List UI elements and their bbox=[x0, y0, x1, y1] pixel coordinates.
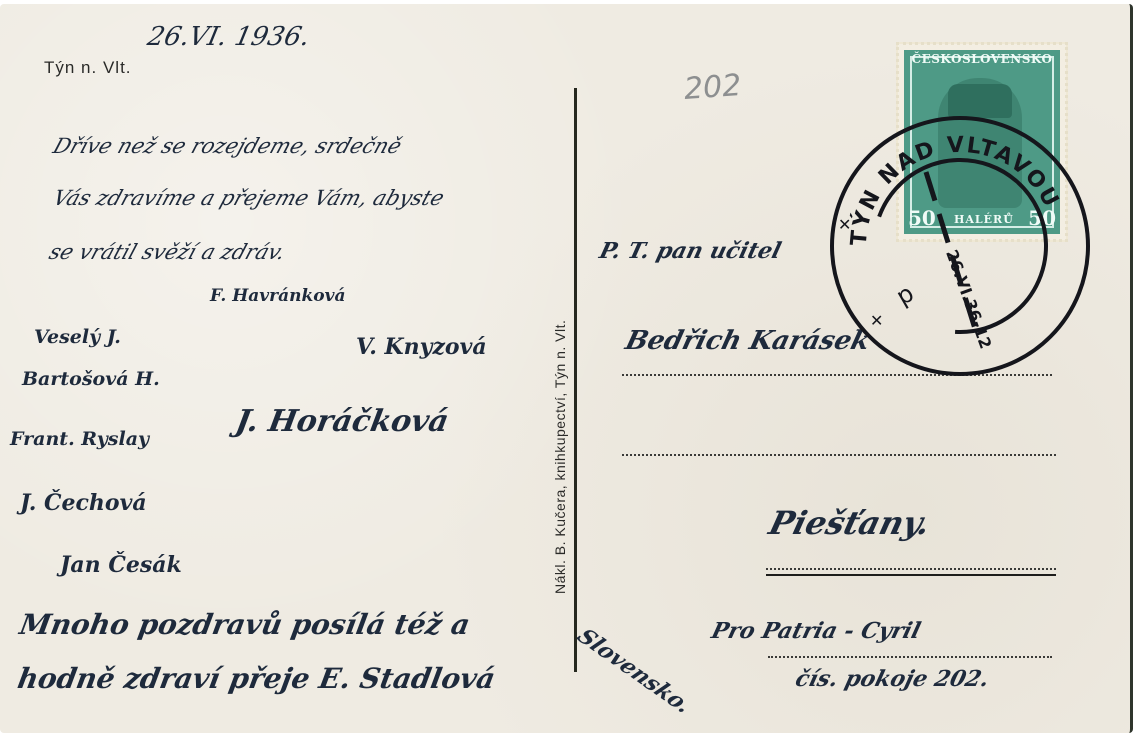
address-line bbox=[622, 454, 1056, 456]
printed-place: Týn n. Vlt. bbox=[44, 58, 132, 78]
signature: J. Horáčková bbox=[233, 404, 451, 439]
message-line: Dříve než se rozejdeme, srdečně bbox=[50, 134, 405, 158]
address-line bbox=[768, 656, 1052, 658]
message-line: se vrátil svěží a zdráv. bbox=[46, 240, 288, 264]
address-salutation: P. T. pan učitel bbox=[597, 238, 784, 264]
closing-line: hodně zdraví přeje E. Stadlová bbox=[15, 662, 498, 695]
publisher-imprint: Nákl. B. Kučera, knihkupectví, Týn n. Vl… bbox=[552, 144, 568, 594]
postmark-icon: TÝN NAD VLTAVOU 26.VI.36-12 p ✕ ✕ bbox=[826, 112, 1094, 380]
svg-text:TÝN NAD VLTAVOU: TÝN NAD VLTAVOU bbox=[847, 133, 1064, 247]
address-underline bbox=[766, 574, 1056, 576]
center-divider bbox=[574, 88, 577, 672]
signature: V. Knyzová bbox=[356, 334, 487, 360]
postcard-back: 26.VI. 1936. Týn n. Vlt. 202 Dříve než s… bbox=[0, 4, 1133, 733]
signature: Bartošová H. bbox=[22, 368, 160, 390]
closing-line: Mnoho pozdravů posílá též a bbox=[17, 608, 472, 641]
signature: Veselý J. bbox=[34, 326, 121, 348]
signature: J. Čechová bbox=[20, 490, 147, 516]
svg-text:✕: ✕ bbox=[838, 215, 851, 234]
svg-text:26.VI.36-12: 26.VI.36-12 bbox=[942, 247, 995, 351]
svg-text:✕: ✕ bbox=[870, 311, 883, 330]
address-room: čís. pokoje 202. bbox=[793, 666, 992, 692]
address-city: Piešťany. bbox=[765, 504, 934, 542]
address-region: Slovensko. bbox=[571, 624, 697, 718]
signature: Frant. Ryslay bbox=[10, 428, 149, 450]
address-hotel: Pro Patria - Cyril bbox=[709, 618, 924, 644]
signature: F. Havránková bbox=[210, 286, 346, 306]
address-line bbox=[766, 568, 1056, 570]
message-line: Vás zdravíme a přejeme Vám, abyste bbox=[50, 186, 447, 210]
svg-text:p: p bbox=[891, 279, 918, 311]
pencil-note: 202 bbox=[683, 68, 743, 107]
signature: Jan Česák bbox=[60, 552, 182, 578]
handwritten-date: 26.VI. 1936. bbox=[145, 22, 313, 52]
stamp-country: ČESKOSLOVENSKO bbox=[904, 52, 1060, 66]
